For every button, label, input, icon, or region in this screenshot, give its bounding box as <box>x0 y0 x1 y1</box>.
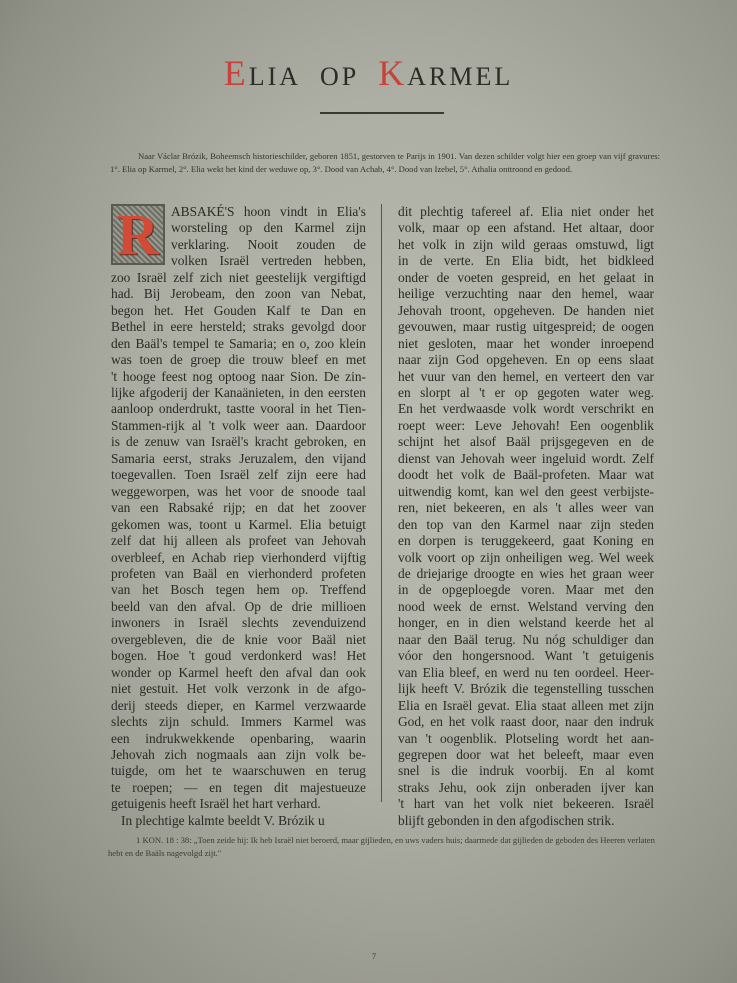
text-line: is de zenuw van Israël's kracht gebroken… <box>111 434 366 450</box>
text-line: Elia en Israël gevat. Elia staat alleen … <box>398 698 654 714</box>
text-line: een indrukwekkende openbaring, waarin <box>111 731 366 747</box>
text-line: van een Rabsaké rijp; en dat het zoover <box>111 500 366 516</box>
text-line: volk, maar op een afstand. Het altaar, d… <box>398 220 654 236</box>
text-line: weggeworpen, was het voor de snoode taal <box>111 484 366 500</box>
text-line: bogen. Hoe 't goud verdonkerd was! Het <box>111 648 366 664</box>
title-word-karmel: ARMEL <box>407 62 513 91</box>
text-line: in de opgeploegde voren. Maar met den <box>398 582 654 598</box>
text-line: naar zijn God opgeheven. En op eens slaa… <box>398 352 654 368</box>
text-line: het vuur van den hemel, en verteert den … <box>398 369 654 385</box>
text-line: was toen de groep die trouw bleef en met <box>111 352 366 368</box>
text-line: begon het. Het Gouden Kalf te Dan en <box>111 303 366 319</box>
text-line: honger, en in dien welstand keerde het a… <box>398 615 654 631</box>
text-line: getuigenis heeft Israël het hart verhard… <box>111 796 366 812</box>
text-line: den top van den Karmel naar zijn steden <box>398 517 654 533</box>
text-line: volk voort op zijn onheiligen weg. Wel w… <box>398 550 654 566</box>
text-line: onder de voeten gespreid, en het gelaat … <box>398 270 654 286</box>
title-rule <box>320 112 444 114</box>
text-line: Stammen-rijk al 't volk weer aan. Daardo… <box>111 418 366 434</box>
page-title: ELIA OP KARMEL <box>0 52 737 94</box>
title-word-op: OP <box>320 62 359 91</box>
text-line: nood week de ernst. Welstand verving den <box>398 599 654 615</box>
text-line: Jehovah troont, opgeheven. De handen nie… <box>398 303 654 319</box>
text-line: ren, niet bekeeren, en als 't alles weer… <box>398 500 654 516</box>
text-line: den Baäl's tempel te Samaria; en o, zoo … <box>111 336 366 352</box>
text-line: dienst van Jehovah weer ingeluid wordt. … <box>398 451 654 467</box>
text-line: in de verte. En Elia bidt, het bidkleed <box>398 253 654 269</box>
text-line: straks Jehu, ook zijn onberaden ijver ka… <box>398 780 654 796</box>
text-line: inwoners in Israël slechts zevenduizend <box>111 615 366 631</box>
text-line: van Elia bleef, en werd nu ten oordeel. … <box>398 665 654 681</box>
text-line: slechts zijn schuld. Immers Karmel was <box>111 714 366 730</box>
right-column: dit plechtig tafereel af. Elia niet onde… <box>398 204 654 829</box>
text-line: het volk in zijn wild geraas omstuwd, li… <box>398 237 654 253</box>
text-line: doodt het volk de Baäl-profeten. Maar wa… <box>398 467 654 483</box>
text-line: dit plechtig tafereel af. Elia niet onde… <box>398 204 654 220</box>
text-line: niet gesloten, maar het wonder inroepend <box>398 336 654 352</box>
text-line: wonder op Karmel heeft den afval dan ook <box>111 665 366 681</box>
text-line: snel is die indruk voorbij. En al komt <box>398 763 654 779</box>
column-divider <box>381 204 382 802</box>
text-line: lijke afgoderij der Kanaänieten, in den … <box>111 385 366 401</box>
page-number: 7 <box>372 952 376 961</box>
text-line: en slorpt al 't er op gegoten water weg. <box>398 385 654 401</box>
text-line: En het verdwaasde volk wordt verschrikt … <box>398 401 654 417</box>
text-line: schijnt het alsof Baäl prijsgegeven en d… <box>398 434 654 450</box>
text-line: had. Bij Jerobeam, den zoon van Nebat, <box>111 286 366 302</box>
title-initial-k: K <box>378 53 407 93</box>
text-line: aanloop onderdrukt, tastte vooral in het… <box>111 401 366 417</box>
text-line: naar den Baäl terug. Nu nóg schuldiger d… <box>398 632 654 648</box>
text-line: roept weer: Leve Jehovah! Een oogenblik <box>398 418 654 434</box>
text-line: te roepen; — en tegen dit majestueuze <box>111 780 366 796</box>
text-line: overbleef, en Achab riep vierhonderd vij… <box>111 550 366 566</box>
text-line: verklaring. Nooit zouden de <box>111 237 366 253</box>
intro-paragraph: Naar Václar Brózik, Boheemsch historiesc… <box>110 150 660 176</box>
text-line: lijk heeft V. Brózik die tegenstelling t… <box>398 681 654 697</box>
text-line: zoo Israël zelf zich niet geestelijk ver… <box>111 270 366 286</box>
text-line: beeld van den afval. Op de drie millioen <box>111 599 366 615</box>
footnote: 1 KON. 18 : 38: „Toen zeide hij: Ik heb … <box>108 834 668 860</box>
text-line: en dorpen is teruggekeerd, gaat Koning e… <box>398 533 654 549</box>
text-line: Bethel in eere hersteld; straks gevolgd … <box>111 319 366 335</box>
text-line: heilige verzuchting naar den hemel, waar <box>398 286 654 302</box>
text-line: zelf dat hij alleen als profeet van Jeho… <box>111 533 366 549</box>
text-line: vóor den hongersnood. Want 't getuigenis <box>398 648 654 664</box>
text-line: volken Israël vertreden hebben, <box>111 253 366 269</box>
text-line: 't hart van het volk niet bekeeren. Isra… <box>398 796 654 812</box>
text-line: worsteling op den Karmel zijn <box>111 220 366 236</box>
text-line: de driejarige droogte en wies het graan … <box>398 566 654 582</box>
text-line: gegrepen door wat het beleeft, maar even <box>398 747 654 763</box>
text-line: overgebleven, die de knie voor Baäl niet <box>111 632 366 648</box>
text-line: derij steeds dieper, en Karmel verzwaard… <box>111 698 366 714</box>
text-line: gevouwen, maar rustig uitgespreid; de oo… <box>398 319 654 335</box>
text-line: van 't oogenblik. Plotseling wordt het a… <box>398 731 654 747</box>
text-line: blijft gebonden in den afgodischen strik… <box>398 813 654 829</box>
text-line: ABSAKÉ'S hoon vindt in Elia's <box>111 204 366 220</box>
left-column: ABSAKÉ'S hoon vindt in Elia'sworsteling … <box>111 204 366 829</box>
text-line: van het Bosch tegen hem op. Treffend <box>111 582 366 598</box>
text-line: uitwendig komt, kan wel den geest verbij… <box>398 484 654 500</box>
text-line: Samaria eerst, straks Jeruzalem, den vij… <box>111 451 366 467</box>
text-line: toegevallen. Toen Israël zelf zijn eere … <box>111 467 366 483</box>
text-line: 't hooge feest nog optoog naar Sion. De … <box>111 369 366 385</box>
text-line: tuigde, om het te waarschuwen en terug <box>111 763 366 779</box>
title-word-elia: LIA <box>249 62 301 91</box>
text-line: profeten van Baäl en vierhonderd profete… <box>111 566 366 582</box>
title-initial-e: E <box>224 53 249 93</box>
text-line: God, en het volk raast door, naar den in… <box>398 714 654 730</box>
text-line: niet gestuit. Het volk verzonk in de afg… <box>111 681 366 697</box>
text-line: Jehovah zich nogmaals aan zijn volk be- <box>111 747 366 763</box>
text-line: gekomen was, toont u Karmel. Elia betuig… <box>111 517 366 533</box>
text-line: In plechtige kalmte beeldt V. Brózik u <box>111 813 366 829</box>
